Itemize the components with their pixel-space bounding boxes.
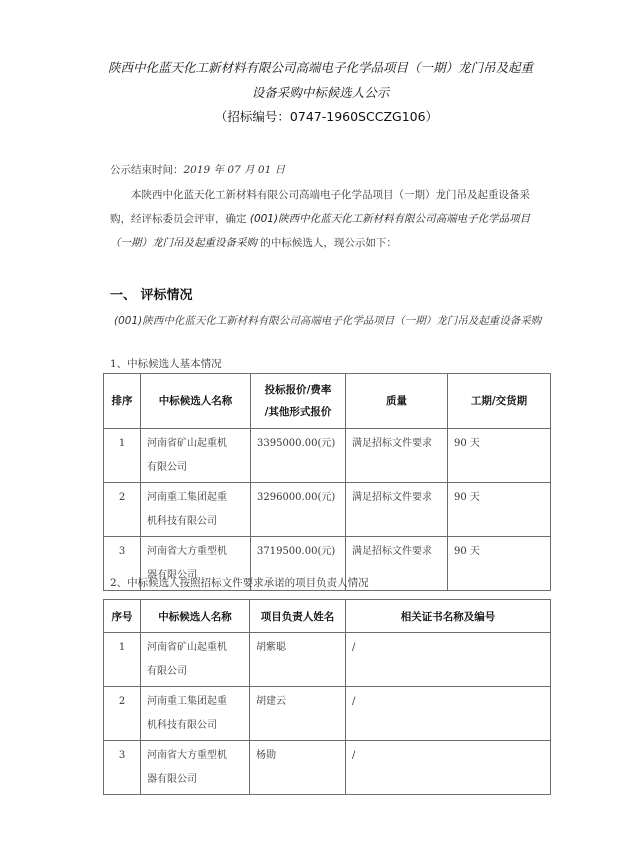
tender-code: （招标编号：0747-1960SCCZG106） xyxy=(6,107,641,125)
cell-delivery-period: 90 天 xyxy=(448,537,551,591)
project-manager-table: 序号 中标候选人名称 项目负责人姓名 相关证书名称及编号 1 河南省矿山起重机 … xyxy=(103,599,551,795)
cell-serial-no: 3 xyxy=(104,741,141,795)
cell-quality: 满足招标文件要求 xyxy=(346,429,448,483)
cell-rank: 2 xyxy=(104,483,141,537)
publication-end-value: 2019 年 07 月 01 日 xyxy=(184,164,286,176)
cell-certificate: / xyxy=(346,633,551,687)
cell-serial-no: 2 xyxy=(104,687,141,741)
cell-serial-no: 1 xyxy=(104,633,141,687)
table-row: 1 河南省矿山起重机 有限公司 3395000.00(元) 满足招标文件要求 9… xyxy=(104,429,551,483)
candidate-name-line2: 有限公司 xyxy=(147,456,250,480)
header-bid-price-line1: 投标报价/费率 xyxy=(251,379,345,401)
header-quality: 质量 xyxy=(346,374,448,429)
header-bid-price-line2: /其他形式报价 xyxy=(251,401,345,423)
candidate-name-line1: 河南省矿山起重机 xyxy=(147,432,250,456)
section-heading-evaluation: 一、 评标情况 xyxy=(110,284,193,303)
intro-text-part2: 的中标候选人，现公示如下： xyxy=(257,237,397,249)
table-row: 1 河南省矿山起重机 有限公司 胡紫聪 / xyxy=(104,633,551,687)
table-header-row: 序号 中标候选人名称 项目负责人姓名 相关证书名称及编号 xyxy=(104,600,551,633)
candidate-name-line2: 机科技有限公司 xyxy=(147,714,249,738)
candidate-name-line1: 河南省大方重型机 xyxy=(147,540,250,564)
cell-bid-price: 3296000.00(元) xyxy=(251,483,346,537)
cell-delivery-period: 90 天 xyxy=(448,483,551,537)
cell-candidate-name: 河南省大方重型机 器有限公司 xyxy=(141,741,250,795)
cell-project-manager: 胡建云 xyxy=(250,687,346,741)
header-project-manager: 项目负责人姓名 xyxy=(250,600,346,633)
candidate-name-line2: 有限公司 xyxy=(147,660,249,684)
cell-candidate-name: 河南省矿山起重机 有限公司 xyxy=(141,429,251,483)
table-header-row: 排序 中标候选人名称 投标报价/费率 /其他形式报价 质量 工期/交货期 xyxy=(104,374,551,429)
candidate-name-line1: 河南重工集团起重 xyxy=(147,690,249,714)
cell-project-manager: 胡紫聪 xyxy=(250,633,346,687)
header-delivery-period: 工期/交货期 xyxy=(448,374,551,429)
table-row: 3 河南省大方重型机 器有限公司 杨勋 / xyxy=(104,741,551,795)
cell-certificate: / xyxy=(346,687,551,741)
table-row: 2 河南重工集团起重 机科技有限公司 3296000.00(元) 满足招标文件要… xyxy=(104,483,551,537)
cell-candidate-name: 河南省矿山起重机 有限公司 xyxy=(141,633,250,687)
cell-certificate: / xyxy=(346,741,551,795)
publication-end-label: 公示结束时间： xyxy=(110,164,184,176)
candidates-basic-info-table: 排序 中标候选人名称 投标报价/费率 /其他形式报价 质量 工期/交货期 1 河… xyxy=(103,373,551,591)
document-title-line2: 设备采购中标候选人公示 xyxy=(0,83,641,101)
cell-rank: 1 xyxy=(104,429,141,483)
table1-caption: 1、中标候选人基本情况 xyxy=(110,356,222,371)
candidate-name-line1: 河南省矿山起重机 xyxy=(147,636,249,660)
header-candidate-name: 中标候选人名称 xyxy=(141,600,250,633)
header-rank: 排序 xyxy=(104,374,141,429)
table2-caption: 2、中标候选人按照招标文件要求承诺的项目负责人情况 xyxy=(110,575,369,590)
header-serial-no: 序号 xyxy=(104,600,141,633)
table-row: 2 河南重工集团起重 机科技有限公司 胡建云 / xyxy=(104,687,551,741)
candidate-name-line1: 河南省大方重型机 xyxy=(147,744,249,768)
cell-project-manager: 杨勋 xyxy=(250,741,346,795)
header-certificate: 相关证书名称及编号 xyxy=(346,600,551,633)
intro-paragraph: 本陕西中化蓝天化工新材料有限公司高端电子化学品项目（一期）龙门吊及起重设备采购，… xyxy=(110,183,538,255)
cell-delivery-period: 90 天 xyxy=(448,429,551,483)
cell-candidate-name: 河南重工集团起重 机科技有限公司 xyxy=(141,483,251,537)
candidate-name-line2: 机科技有限公司 xyxy=(147,510,250,534)
cell-quality: 满足招标文件要求 xyxy=(346,483,448,537)
candidate-name-line1: 河南重工集团起重 xyxy=(147,486,250,510)
header-candidate-name: 中标候选人名称 xyxy=(141,374,251,429)
header-bid-price: 投标报价/费率 /其他形式报价 xyxy=(251,374,346,429)
document-title-line1: 陕西中化蓝天化工新材料有限公司高端电子化学品项目（一期）龙门吊及起重 xyxy=(0,58,641,76)
section-project-name: (001)陕西中化蓝天化工新材料有限公司高端电子化学品项目（一期）龙门吊及起重设… xyxy=(110,309,550,333)
cell-candidate-name: 河南重工集团起重 机科技有限公司 xyxy=(141,687,250,741)
publication-end-date: 公示结束时间：2019 年 07 月 01 日 xyxy=(110,162,285,177)
candidate-name-line2: 器有限公司 xyxy=(147,768,249,792)
cell-bid-price: 3395000.00(元) xyxy=(251,429,346,483)
